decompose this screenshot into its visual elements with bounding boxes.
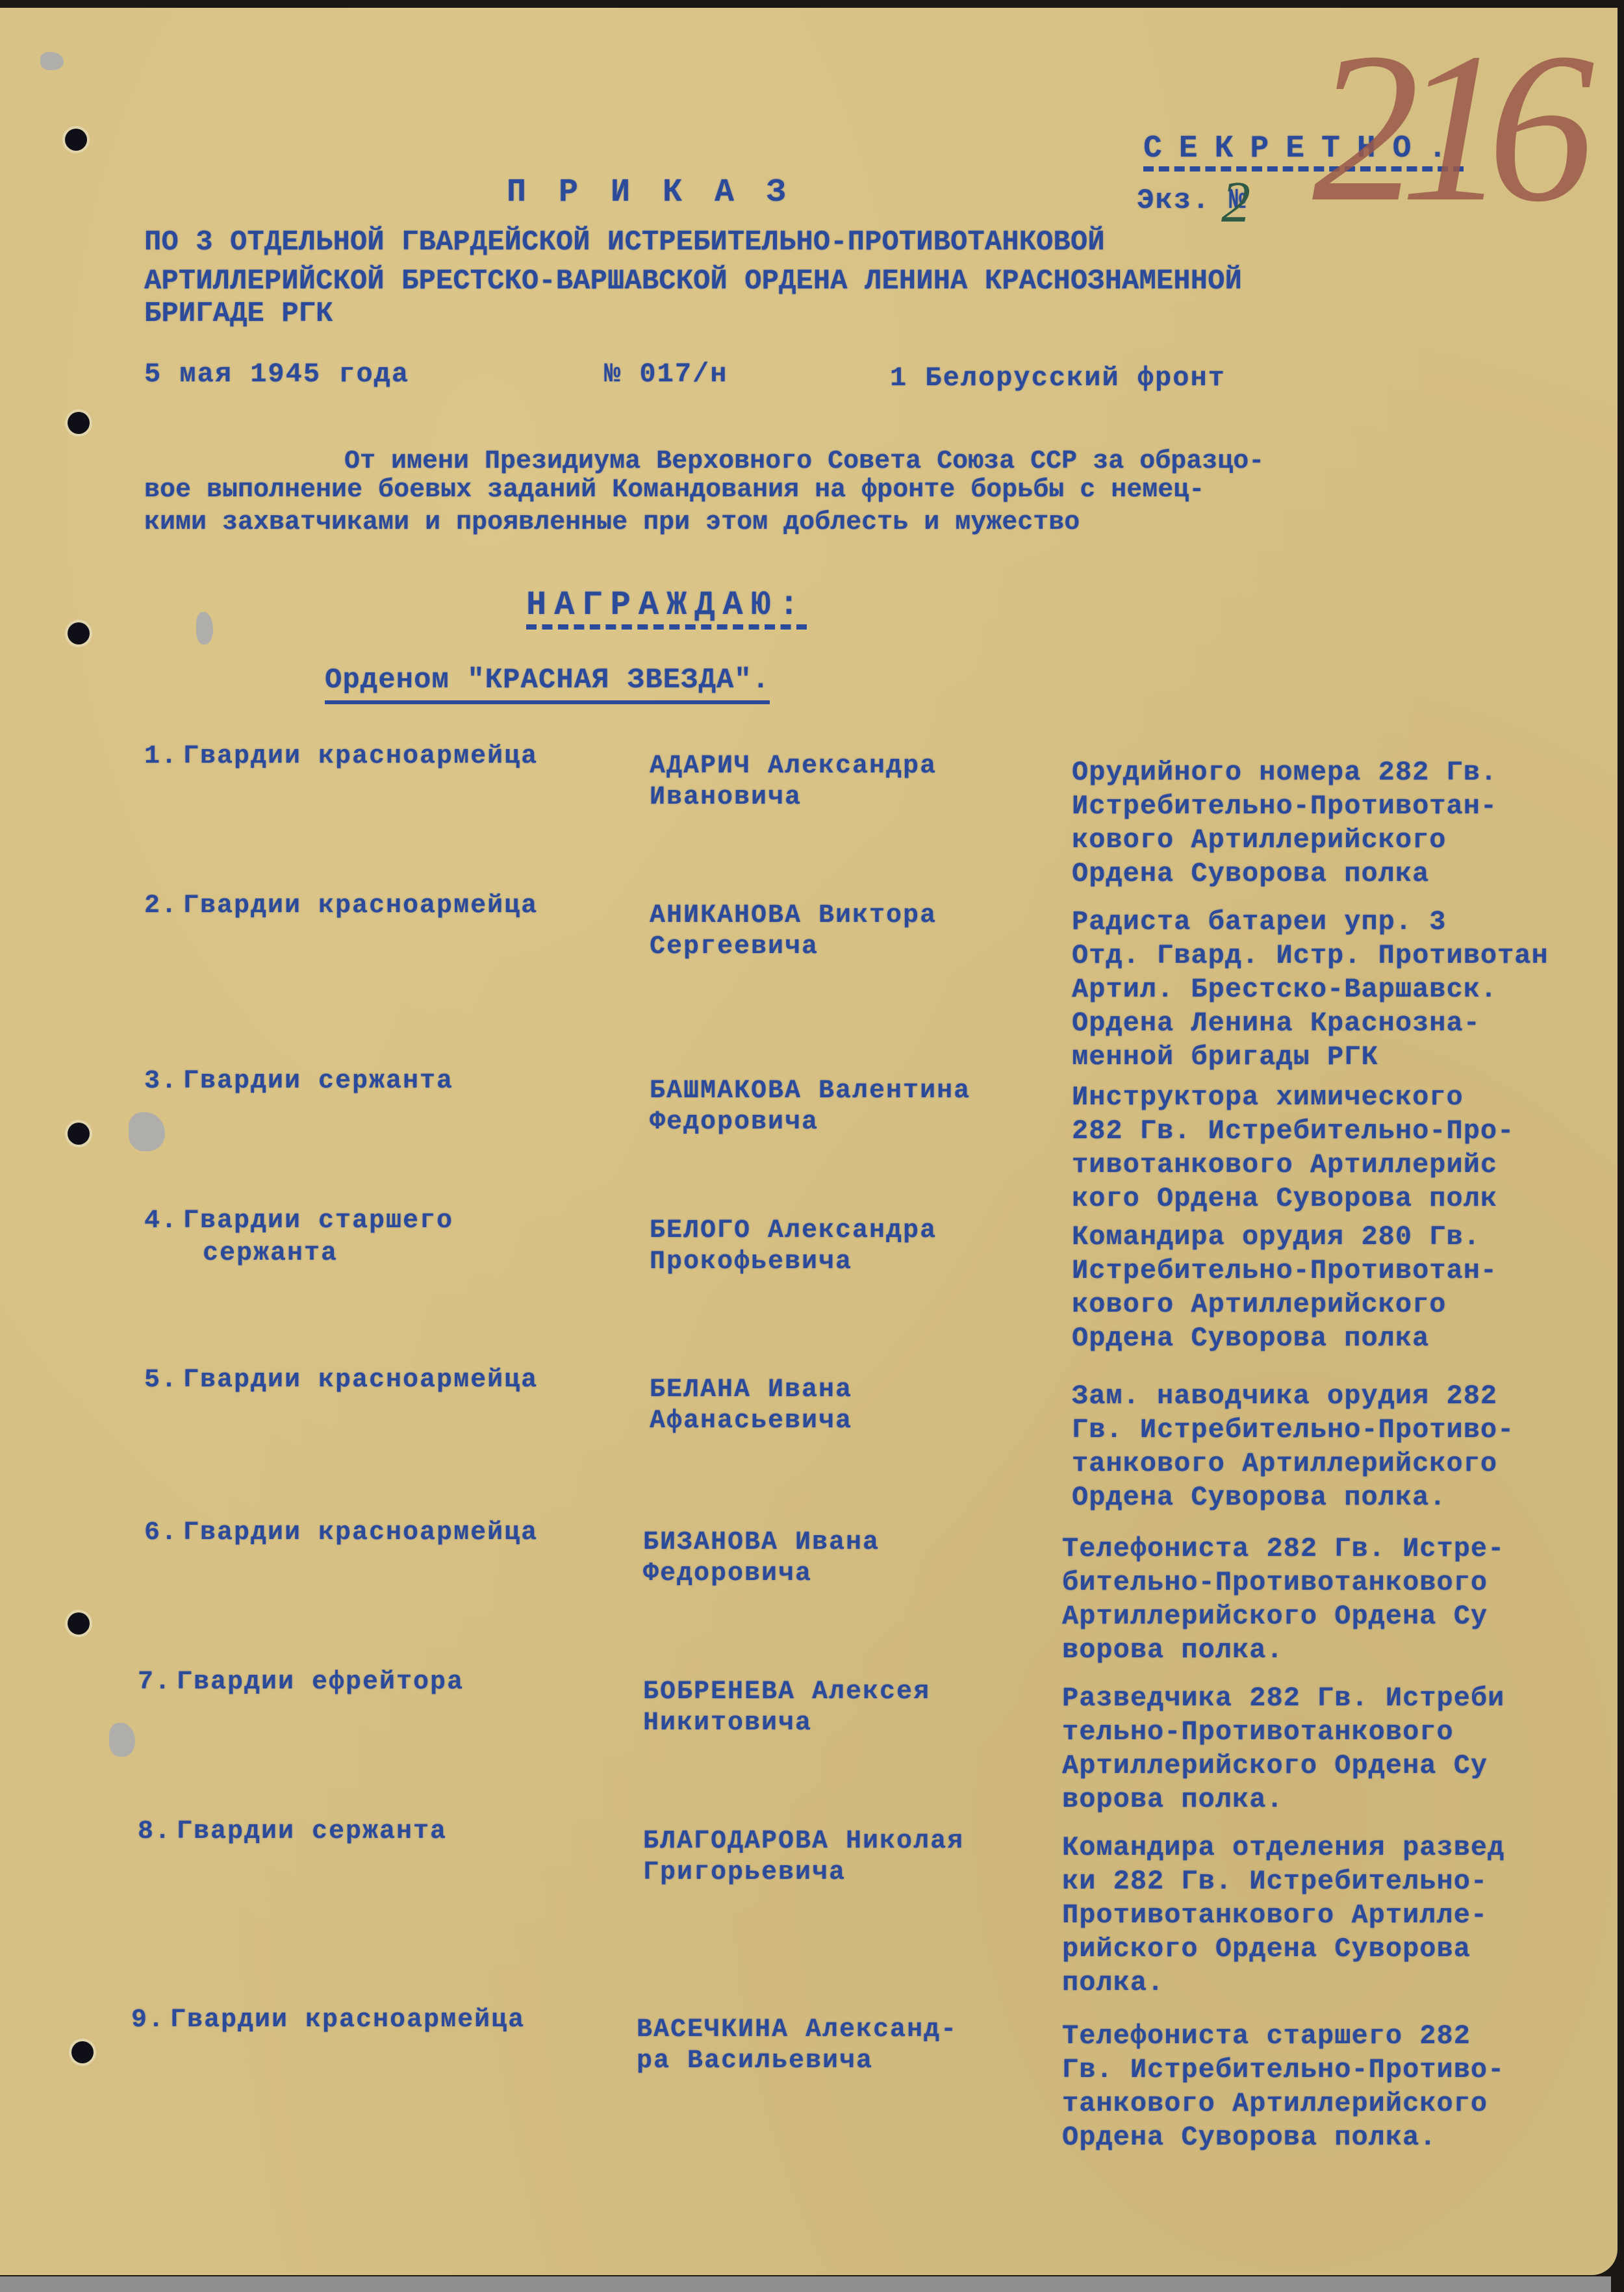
recipient-position: Ордена Суворова полка. (1072, 1480, 1447, 1515)
recipient-position: Командира орудия 280 Гв. (1072, 1219, 1480, 1254)
recipient-name: Афанасьевича (650, 1403, 852, 1439)
punch-hole (68, 412, 90, 434)
recipient-number: 2. (144, 891, 178, 921)
recipient-position: рийского Ордена Суворова (1062, 1931, 1471, 1967)
recipient-name: БЛАГОДАРОВА Николая (643, 1824, 964, 1859)
recipient-position: танкового Артиллерийского (1072, 1446, 1497, 1481)
subtitle-line-2: АРТИЛЛЕРИЙСКОЙ БРЕСТСКО-ВАРШАВСКОЙ ОРДЕН… (144, 265, 1242, 298)
recipient-number: 7. (138, 1668, 171, 1697)
recipient-position: Истребительно-Противотан- (1072, 1253, 1497, 1288)
recipient-rank: Гвардии красноармейца (170, 2006, 525, 2035)
recipient-position: ворова полка. (1062, 1633, 1284, 1668)
recipient-name: ВАСЕЧКИНА Александ- (637, 2012, 958, 2048)
order-name: Орденом "КРАСНАЯ ЗВЕЗДА". (325, 664, 770, 696)
recipient-position: ворова полка. (1062, 1782, 1284, 1817)
front-name: 1 Белорусский фронт (890, 363, 1226, 394)
subtitle-line-3: БРИГАДЕ РГК (144, 298, 333, 330)
recipient-position: Ордена Суворова полка (1072, 856, 1429, 891)
recipient-position: Истребительно-Противотан- (1072, 789, 1497, 824)
recipient-number: 5. (144, 1366, 178, 1395)
recipient-name: Федоровича (650, 1104, 818, 1140)
recipient-position: бительно-Противотанкового (1062, 1565, 1488, 1600)
preamble-line-1: От имени Президиума Верховного Совета Со… (344, 447, 1264, 476)
recipient-number: 4. (144, 1206, 178, 1236)
recipient-position: Командира отделения развед (1062, 1830, 1504, 1865)
punch-hole (68, 622, 90, 644)
recipient-rank: Гвардии сержанта (183, 1067, 453, 1096)
recipient-position: Отд. Гвард. Истр. Противотан (1072, 938, 1549, 973)
recipient-position: Ордена Ленина Краснозна- (1072, 1006, 1480, 1041)
preamble-line-3: кими захватчиками и проявленные при этом… (144, 508, 1080, 537)
recipient-name: Прокофьевича (650, 1244, 852, 1280)
punch-hole (68, 1612, 90, 1635)
recipient-rank: Гвардии красноармейца (183, 891, 538, 921)
recipient-position: Ордена Суворова полка. (1062, 2120, 1437, 2155)
recipient-position: Гв. Истребительно-Противо- (1062, 2052, 1504, 2087)
recipient-rank: Гвардии ефрейтора (177, 1668, 464, 1697)
recipient-position: менной бригады РГК (1072, 1039, 1378, 1075)
recipient-rank: Гвардии красноармейца (183, 1366, 538, 1395)
award-heading: НАГРАЖДАЮ: (526, 586, 807, 624)
recipient-rank: Гвардии старшего (183, 1206, 453, 1236)
order-name-text: Орденом "КРАСНАЯ ЗВЕЗДА". (325, 664, 770, 704)
recipient-position: Орудийного номера 282 Гв. (1072, 755, 1497, 790)
recipient-number: 3. (144, 1067, 178, 1096)
recipient-position: Телефониста старшего 282 (1062, 2018, 1471, 2054)
recipient-name: БОБРЕНЕВА Алексея (643, 1674, 930, 1710)
recipient-position: Зам. наводчика орудия 282 (1072, 1379, 1497, 1414)
recipient-position: Противотанкового Артилле- (1062, 1898, 1488, 1933)
recipient-name: Ивановича (650, 780, 802, 815)
recipient-name: ра Васильевича (637, 2043, 873, 2079)
paper-tear (129, 1112, 165, 1151)
recipient-number: 9. (131, 2006, 165, 2035)
recipient-name: АДАРИЧ Александра (650, 748, 937, 784)
recipient-position: Радиста батареи упр. 3 (1072, 904, 1447, 939)
recipient-position: ки 282 Гв. Истребительно- (1062, 1864, 1488, 1899)
document-page: СЕКРЕТНО. Экз. № 2 216 П Р И К А З ПО 3 … (0, 8, 1618, 2275)
recipient-rank: Гвардии красноармейца (183, 1518, 538, 1547)
recipient-position: кого Ордена Суворова полк (1072, 1181, 1497, 1216)
recipient-position: 282 Гв. Истребительно-Про- (1072, 1114, 1514, 1149)
preamble-line-2: вое выполнение боевых заданий Командован… (144, 476, 1204, 505)
recipient-name: Федоровича (643, 1556, 812, 1592)
punch-hole (71, 2041, 94, 2063)
recipient-position: танкового Артиллерийского (1062, 2086, 1488, 2121)
recipient-name: Григорьевича (643, 1855, 846, 1891)
recipient-name: БАШМАКОВА Валентина (650, 1073, 971, 1109)
copy-number-handwritten: 2 (1221, 173, 1250, 232)
document-title: П Р И К А З (507, 174, 793, 211)
recipient-position: Гв. Истребительно-Противо- (1072, 1412, 1514, 1447)
recipient-position: Телефониста 282 Гв. Истре- (1062, 1531, 1504, 1566)
recipient-position: Артиллерийского Ордена Су (1062, 1748, 1488, 1783)
archive-number-pencil: 216 (1312, 21, 1575, 235)
paper-tear (40, 52, 64, 70)
recipient-name: БЕЛОГО Александра (650, 1213, 937, 1249)
punch-hole (68, 1123, 90, 1145)
paper-tear (109, 1723, 135, 1757)
subtitle-line-1: ПО 3 ОТДЕЛЬНОЙ ГВАРДЕЙСКОЙ ИСТРЕБИТЕЛЬНО… (144, 226, 1105, 259)
recipient-number: 6. (144, 1518, 178, 1547)
recipient-position: кового Артиллерийского (1072, 822, 1447, 858)
recipient-name: АНИКАНОВА Виктора (650, 898, 937, 934)
recipient-position: Артил. Брестско-Варшавск. (1072, 972, 1497, 1007)
recipient-position: Инструктора химического (1072, 1080, 1464, 1115)
recipient-position: Артиллерийского Ордена Су (1062, 1599, 1488, 1634)
recipient-rank: Гвардии красноармейца (183, 742, 538, 771)
recipient-position: полка. (1062, 1965, 1164, 2000)
recipient-rank: Гвардии сержанта (177, 1817, 447, 1846)
paper-tear (196, 612, 213, 644)
recipient-position: Разведчика 282 Гв. Истреби (1062, 1681, 1504, 1716)
recipient-name: БИЗАНОВА Ивана (643, 1525, 880, 1560)
recipient-name: БЕЛАНА Ивана (650, 1372, 852, 1408)
recipient-position: Ордена Суворова полка (1072, 1321, 1429, 1356)
recipient-name: Никитовича (643, 1705, 812, 1741)
scan-edge (0, 2276, 1611, 2292)
recipient-name: Сергеевича (650, 929, 818, 965)
punch-hole (65, 129, 87, 151)
recipient-position: тельно-Противотанкового (1062, 1714, 1454, 1750)
recipient-number: 1. (144, 742, 178, 771)
recipient-position: кового Артиллерийского (1072, 1287, 1447, 1322)
recipient-position: тивотанкового Артиллерийс (1072, 1147, 1497, 1182)
recipient-rank: сержанта (203, 1239, 338, 1268)
award-heading-text: НАГРАЖДАЮ: (526, 586, 807, 630)
order-date: 5 мая 1945 года (144, 359, 409, 390)
order-number: № 017/н (604, 359, 728, 390)
recipient-number: 8. (138, 1817, 171, 1846)
